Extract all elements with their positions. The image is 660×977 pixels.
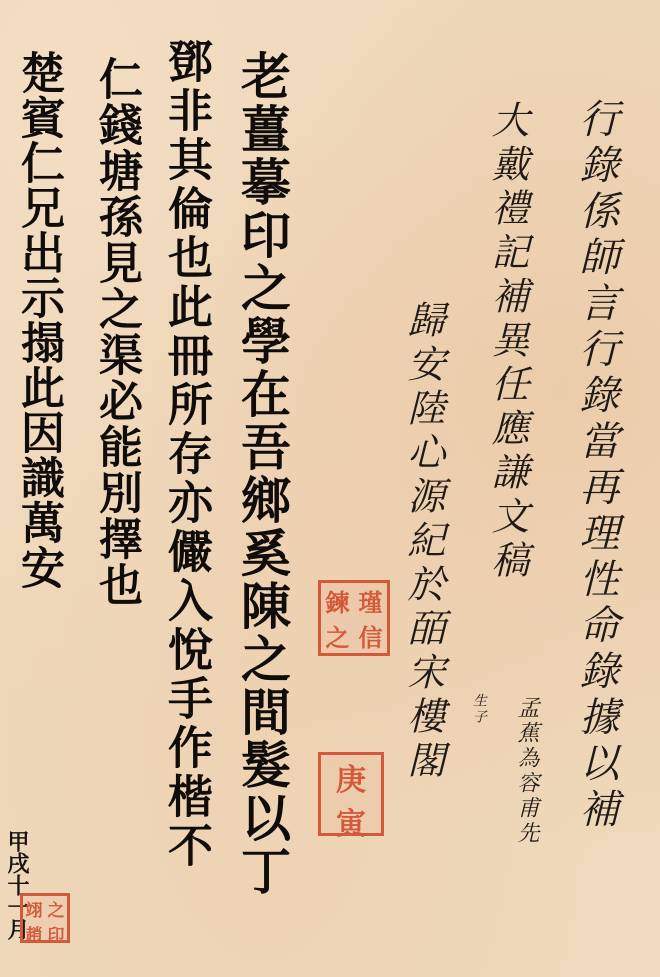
seal-stamp-icon: 鍊 瑾 之 信 bbox=[318, 580, 390, 656]
seal-char: 庚 bbox=[336, 755, 366, 799]
left-column-1: 老薑摹印之學在吾鄉奚陳之間髮以丁 bbox=[232, 50, 292, 898]
right-column-1: 行錄係師言行錄當再理性命錄據以補 bbox=[572, 98, 620, 834]
seal-char: 趙 bbox=[26, 921, 43, 946]
right-column-3-signature: 歸安陸心源紀於皕宋樓閣 bbox=[400, 300, 446, 784]
seal-char: 翊 bbox=[26, 896, 43, 921]
small-note-1: 孟蕉為容甫先 bbox=[512, 696, 540, 846]
seal-char: 寅 bbox=[336, 799, 366, 843]
left-column-3: 仁錢塘孫見之渠必能別擇也 bbox=[88, 56, 144, 608]
small-note-2: 生子 bbox=[470, 693, 488, 725]
seal-char: 信 bbox=[359, 618, 383, 653]
left-column-2: 鄧非其倫也此冊所存亦儼入悅手作楷不 bbox=[158, 38, 214, 871]
seal-char: 之 bbox=[326, 618, 350, 653]
left-column-4: 楚賓仁兄出示搨此因識萬安 bbox=[10, 50, 66, 590]
seal-stamp-icon: 庚 寅 bbox=[318, 752, 384, 836]
seal-char: 瑾 bbox=[359, 583, 383, 618]
calligraphy-leaf: 老薑摹印之學在吾鄉奚陳之間髮以丁 鄧非其倫也此冊所存亦儼入悅手作楷不 仁錢塘孫見… bbox=[0, 0, 660, 977]
right-column-2: 大戴禮記補異任應謙文稿 bbox=[484, 100, 530, 584]
seal-char: 之 bbox=[48, 896, 65, 921]
seal-char: 印 bbox=[48, 921, 65, 946]
seal-stamp-icon: 翊 之 趙 印 bbox=[20, 893, 70, 943]
seal-char: 鍊 bbox=[326, 583, 350, 618]
